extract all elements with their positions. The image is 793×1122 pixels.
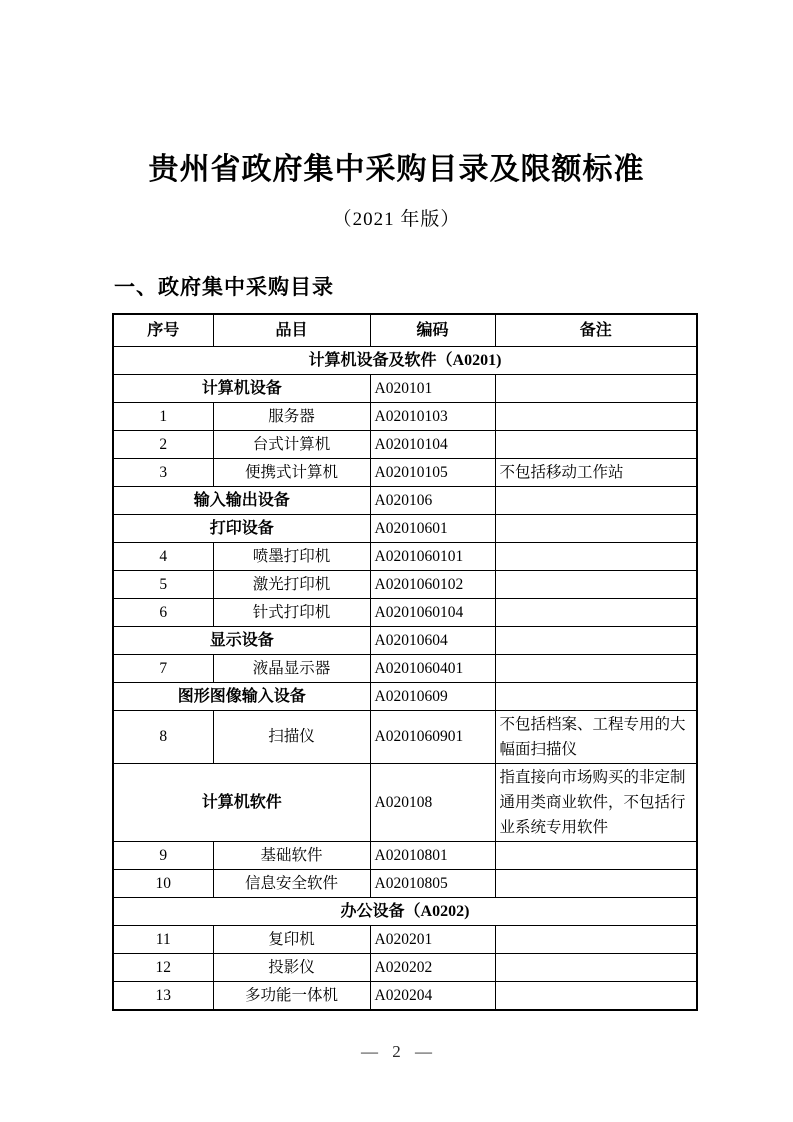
code-cell: A020101	[370, 374, 495, 402]
serial-number-cell: 13	[113, 981, 213, 1010]
table-row-item: 9基础软件A02010801	[113, 841, 697, 869]
column-header-remark: 备注	[495, 314, 697, 346]
serial-number-cell: 9	[113, 841, 213, 869]
item-name-cell: 服务器	[213, 402, 370, 430]
code-cell: A020204	[370, 981, 495, 1010]
table-row-category: 办公设备（A0202)	[113, 897, 697, 925]
table-row-category: 计算机设备及软件（A0201)	[113, 346, 697, 374]
group-name-cell: 打印设备	[113, 514, 370, 542]
serial-number-cell: 4	[113, 542, 213, 570]
code-cell: A020108	[370, 763, 495, 841]
item-name-cell: 扫描仪	[213, 710, 370, 763]
table-row-group: 显示设备A02010604	[113, 626, 697, 654]
item-name-cell: 投影仪	[213, 953, 370, 981]
remark-cell: 指直接向市场购买的非定制通用类商业软件，不包括行业系统专用软件	[495, 763, 697, 841]
table-row-item: 2台式计算机A02010104	[113, 430, 697, 458]
item-name-cell: 液晶显示器	[213, 654, 370, 682]
code-cell: A0201060401	[370, 654, 495, 682]
table-row-group: 输入输出设备A020106	[113, 486, 697, 514]
table-row-group: 计算机软件A020108指直接向市场购买的非定制通用类商业软件，不包括行业系统专…	[113, 763, 697, 841]
table-row-item: 11复印机A020201	[113, 925, 697, 953]
table-row-item: 3便携式计算机A02010105不包括移动工作站	[113, 458, 697, 486]
table-row-item: 13多功能一体机A020204	[113, 981, 697, 1010]
serial-number-cell: 2	[113, 430, 213, 458]
page-number: — 2 —	[0, 1042, 793, 1062]
code-cell: A02010801	[370, 841, 495, 869]
serial-number-cell: 1	[113, 402, 213, 430]
table-row-group: 计算机设备A020101	[113, 374, 697, 402]
column-header-code: 编码	[370, 314, 495, 346]
remark-cell	[495, 430, 697, 458]
serial-number-cell: 12	[113, 953, 213, 981]
group-name-cell: 输入输出设备	[113, 486, 370, 514]
serial-number-cell: 5	[113, 570, 213, 598]
serial-number-cell: 3	[113, 458, 213, 486]
remark-cell	[495, 841, 697, 869]
item-name-cell: 激光打印机	[213, 570, 370, 598]
code-cell: A02010601	[370, 514, 495, 542]
procurement-catalog-table: 序号 品目 编码 备注 计算机设备及软件（A0201)计算机设备A0201011…	[112, 313, 698, 1011]
group-name-cell: 计算机软件	[113, 763, 370, 841]
table-header-row: 序号 品目 编码 备注	[113, 314, 697, 346]
code-cell: A0201060101	[370, 542, 495, 570]
table-row-item: 4喷墨打印机A0201060101	[113, 542, 697, 570]
item-name-cell: 多功能一体机	[213, 981, 370, 1010]
item-name-cell: 喷墨打印机	[213, 542, 370, 570]
remark-cell	[495, 514, 697, 542]
remark-cell	[495, 953, 697, 981]
code-cell: A0201060104	[370, 598, 495, 626]
remark-cell: 不包括移动工作站	[495, 458, 697, 486]
code-cell: A02010105	[370, 458, 495, 486]
table-row-item: 6针式打印机A0201060104	[113, 598, 697, 626]
item-name-cell: 基础软件	[213, 841, 370, 869]
column-header-item: 品目	[213, 314, 370, 346]
remark-cell	[495, 402, 697, 430]
group-name-cell: 计算机设备	[113, 374, 370, 402]
document-page: 贵州省政府集中采购目录及限额标准 （2021 年版） 一、政府集中采购目录 序号…	[0, 0, 793, 1122]
remark-cell	[495, 981, 697, 1010]
group-name-cell: 图形图像输入设备	[113, 682, 370, 710]
category-label-cell: 办公设备（A0202)	[113, 897, 697, 925]
code-cell: A020201	[370, 925, 495, 953]
code-cell: A02010805	[370, 869, 495, 897]
document-title: 贵州省政府集中采购目录及限额标准	[0, 0, 793, 190]
code-cell: A020106	[370, 486, 495, 514]
category-label-cell: 计算机设备及软件（A0201)	[113, 346, 697, 374]
document-edition: （2021 年版）	[0, 204, 793, 231]
remark-cell	[495, 570, 697, 598]
item-name-cell: 信息安全软件	[213, 869, 370, 897]
remark-cell	[495, 682, 697, 710]
table-row-group: 图形图像输入设备A02010609	[113, 682, 697, 710]
table-header: 序号 品目 编码 备注	[113, 314, 697, 346]
group-name-cell: 显示设备	[113, 626, 370, 654]
remark-cell	[495, 925, 697, 953]
serial-number-cell: 8	[113, 710, 213, 763]
remark-cell	[495, 626, 697, 654]
item-name-cell: 针式打印机	[213, 598, 370, 626]
table-row-item: 12投影仪A020202	[113, 953, 697, 981]
remark-cell	[495, 869, 697, 897]
serial-number-cell: 11	[113, 925, 213, 953]
table-row-item: 5激光打印机A0201060102	[113, 570, 697, 598]
code-cell: A02010609	[370, 682, 495, 710]
table-row-item: 8扫描仪A0201060901不包括档案、工程专用的大幅面扫描仪	[113, 710, 697, 763]
table-row-group: 打印设备A02010601	[113, 514, 697, 542]
table-row-item: 1服务器A02010103	[113, 402, 697, 430]
serial-number-cell: 7	[113, 654, 213, 682]
code-cell: A02010103	[370, 402, 495, 430]
remark-cell	[495, 486, 697, 514]
code-cell: A0201060901	[370, 710, 495, 763]
remark-cell	[495, 374, 697, 402]
item-name-cell: 复印机	[213, 925, 370, 953]
remark-cell	[495, 542, 697, 570]
remark-cell	[495, 598, 697, 626]
code-cell: A02010604	[370, 626, 495, 654]
item-name-cell: 台式计算机	[213, 430, 370, 458]
remark-cell: 不包括档案、工程专用的大幅面扫描仪	[495, 710, 697, 763]
table-row-item: 7液晶显示器A0201060401	[113, 654, 697, 682]
item-name-cell: 便携式计算机	[213, 458, 370, 486]
table-row-item: 10信息安全软件A02010805	[113, 869, 697, 897]
serial-number-cell: 10	[113, 869, 213, 897]
remark-cell	[495, 654, 697, 682]
section-heading: 一、政府集中采购目录	[114, 271, 793, 301]
code-cell: A02010104	[370, 430, 495, 458]
code-cell: A020202	[370, 953, 495, 981]
column-header-serial: 序号	[113, 314, 213, 346]
serial-number-cell: 6	[113, 598, 213, 626]
catalog-table-body: 计算机设备及软件（A0201)计算机设备A0201011服务器A02010103…	[113, 346, 697, 1010]
code-cell: A0201060102	[370, 570, 495, 598]
